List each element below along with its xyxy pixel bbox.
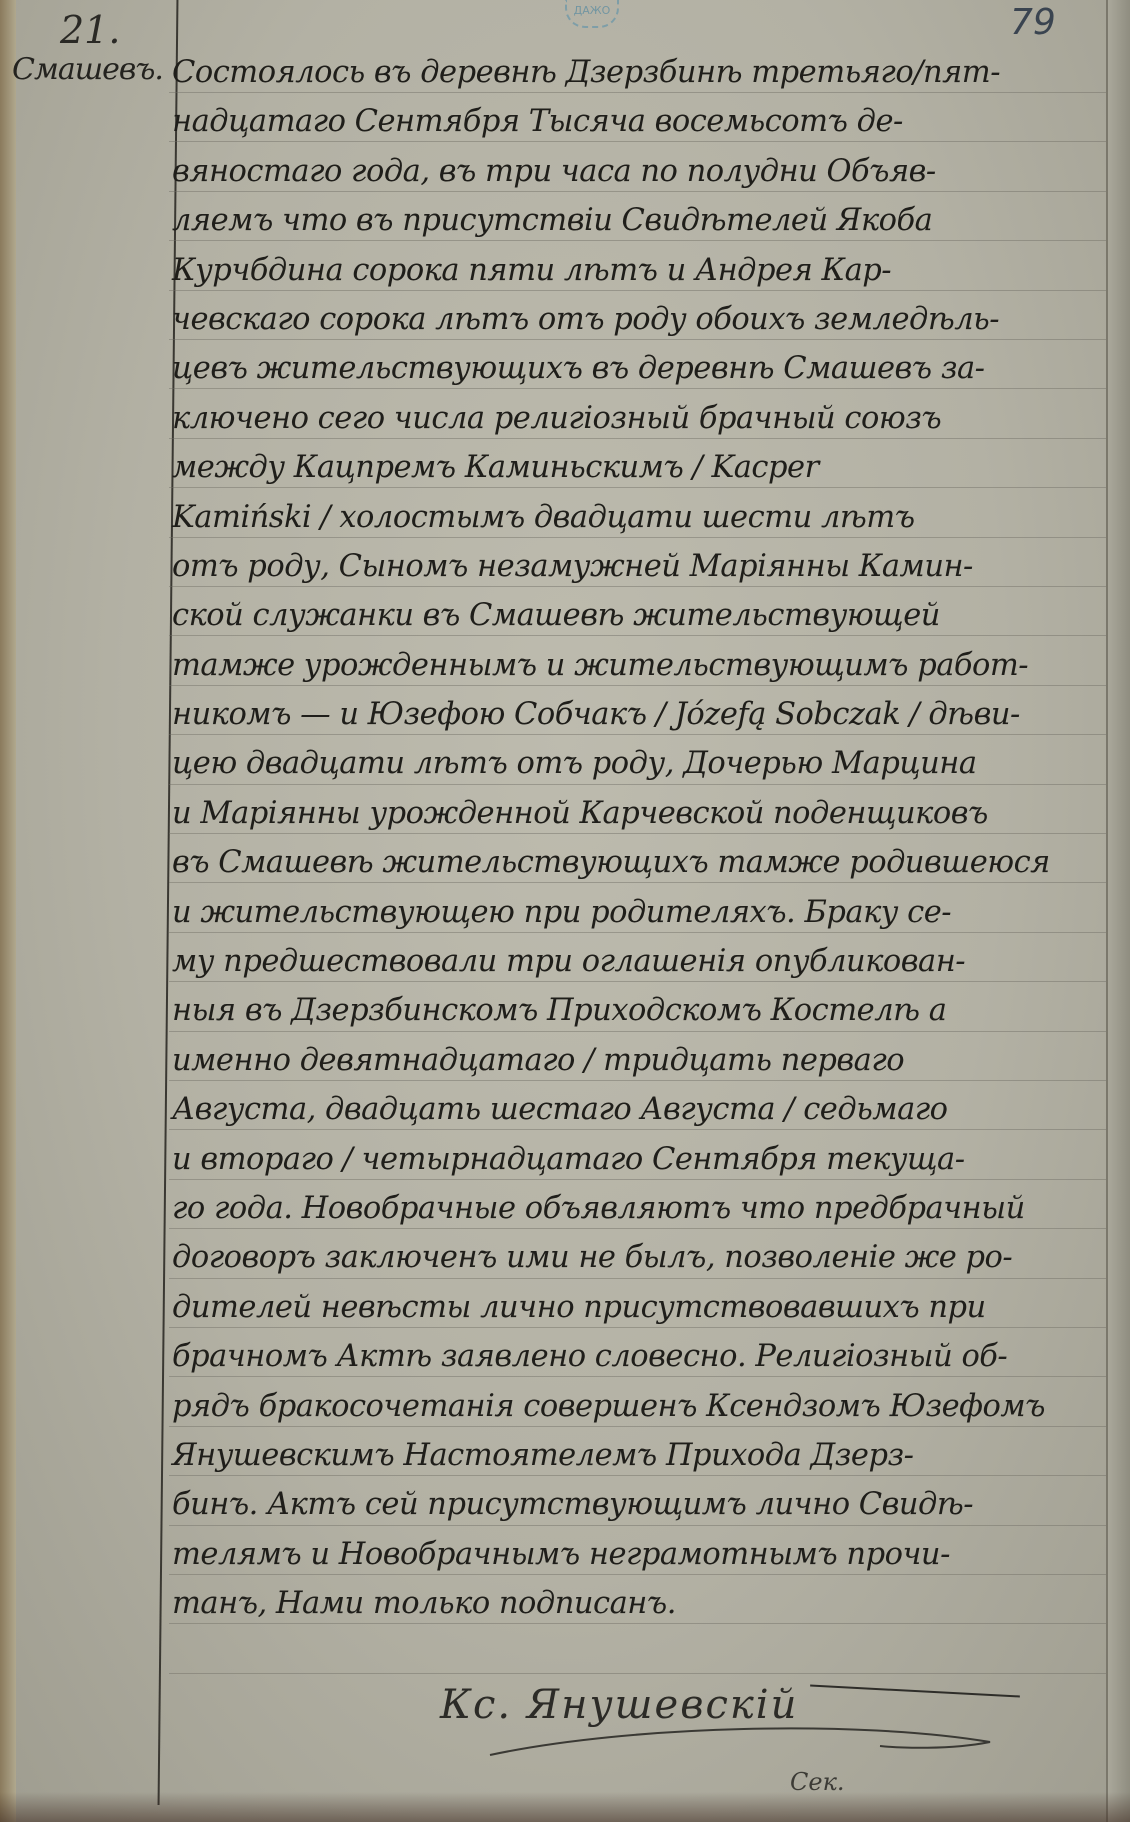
ruled-line [169, 339, 1106, 340]
ruled-line [169, 1179, 1106, 1180]
ruled-line [169, 1475, 1106, 1476]
ruled-line [169, 1228, 1106, 1229]
record-body: Состоялось въ деревнѣ Дзерзбинѣ третьяго… [172, 48, 1092, 1629]
body-line: брачномъ Актѣ заявлено словесно. Религіо… [172, 1332, 1092, 1381]
body-line: тамже урожденнымъ и жительствующимъ рабо… [172, 641, 1092, 690]
body-line: никомъ — и Юзефою Собчакъ / Józefą Sobcz… [172, 690, 1092, 739]
body-line: и втораго / четырнадцатаго Сентября теку… [172, 1135, 1092, 1184]
body-line: и жительствующею при родителяхъ. Браку с… [172, 888, 1092, 937]
ruled-line [169, 487, 1106, 488]
body-line: отъ роду, Сыномъ незамужней Маріянны Кам… [172, 542, 1092, 591]
signature-flourish-icon [480, 1720, 1000, 1760]
body-line: ской служанки въ Смашевѣ жительствующей [172, 591, 1092, 640]
book-right-edge [1106, 0, 1130, 1822]
body-line: цею двадцати лѣтъ отъ роду, Дочерью Марц… [172, 739, 1092, 788]
body-line: танъ, Нами только подписанъ. [172, 1579, 1092, 1628]
body-line: ляемъ что въ присутствіи Свидѣтелей Якоб… [172, 196, 1092, 245]
body-line: ныя въ Дзерзбинскомъ Приходскомъ Костелѣ… [172, 986, 1092, 1035]
ruled-line [169, 1426, 1106, 1427]
body-line: въ Смашевѣ жительствующихъ тамже родивше… [172, 838, 1092, 887]
body-line: именно девятнадцатаго / тридцать перваго [172, 1036, 1092, 1085]
ruled-line [169, 981, 1106, 982]
body-line: и Маріянны урожденной Карчевской поденщи… [172, 789, 1092, 838]
register-page: ДАЖО 79 21. Смашевъ. Состоялось въ дерев… [0, 0, 1130, 1822]
body-line: Янушевскимъ Настоятелемъ Прихода Дзерз- [172, 1431, 1092, 1480]
book-left-edge [0, 0, 16, 1822]
body-line: дителей невѣсты лично присутствовавшихъ … [172, 1283, 1092, 1332]
body-line: чевскаго сорока лѣтъ отъ роду обоихъ зем… [172, 295, 1092, 344]
body-line: телямъ и Новобрачнымъ неграмотнымъ прочи… [172, 1530, 1092, 1579]
ruled-line [169, 685, 1106, 686]
closing-dash [810, 1685, 1020, 1698]
ruled-line [169, 1376, 1106, 1377]
ruled-line [169, 882, 1106, 883]
ruled-line [169, 1673, 1106, 1674]
ruled-line [169, 734, 1106, 735]
body-line: рядъ бракосочетанія совершенъ Ксендзомъ … [172, 1382, 1092, 1431]
ruled-line [169, 240, 1106, 241]
body-line: му предшествовали три оглашенія опублико… [172, 937, 1092, 986]
archive-stamp: ДАЖО [565, 0, 619, 28]
ruled-line [169, 388, 1106, 389]
entry-number: 21. [60, 8, 120, 52]
ruled-line [169, 1080, 1106, 1081]
ruled-line [169, 1129, 1106, 1130]
ruled-line [169, 1278, 1106, 1279]
body-line: надцатаго Сентября Тысяча восемьсотъ де- [172, 97, 1092, 146]
ruled-line [169, 1574, 1106, 1575]
body-line: ключено сего числа религіозный брачный с… [172, 394, 1092, 443]
ruled-line [169, 537, 1106, 538]
ruled-line [169, 92, 1106, 93]
page-bottom-shadow [0, 1792, 1130, 1822]
ruled-line [169, 1623, 1106, 1624]
body-line: Августа, двадцать шестаго Августа / седь… [172, 1085, 1092, 1134]
body-line: Состоялось въ деревнѣ Дзерзбинѣ третьяго… [172, 48, 1092, 97]
folio-number: 79 [1010, 2, 1056, 43]
ruled-line [169, 438, 1106, 439]
ruled-line [169, 1031, 1106, 1032]
body-line: го года. Новобрачные объявляютъ что пред… [172, 1184, 1092, 1233]
ruled-line [169, 1525, 1106, 1526]
body-line: вяностаго года, въ три часа по полудни О… [172, 147, 1092, 196]
body-line: Курчбдина сорока пяти лѣтъ и Андрея Кар- [172, 246, 1092, 295]
body-line: цевъ жительствующихъ въ деревнѣ Смашевъ … [172, 344, 1092, 393]
body-line: договоръ заключенъ ими не былъ, позволен… [172, 1233, 1092, 1282]
ruled-line [169, 784, 1106, 785]
ruled-line [169, 141, 1106, 142]
ruled-line [169, 1327, 1106, 1328]
body-line: бинъ. Актъ сей присутствующимъ лично Сви… [172, 1480, 1092, 1529]
body-line: Kamiński / холостымъ двадцати шести лѣтъ [172, 493, 1092, 542]
margin-village-name: Смашевъ. [12, 52, 163, 87]
ruled-line [169, 833, 1106, 834]
ruled-line [169, 191, 1106, 192]
ruled-line [169, 290, 1106, 291]
ruled-line [169, 586, 1106, 587]
ruled-line [169, 635, 1106, 636]
body-line: между Кацпремъ Каминьскимъ / Kacper [172, 443, 1092, 492]
ruled-line [169, 932, 1106, 933]
